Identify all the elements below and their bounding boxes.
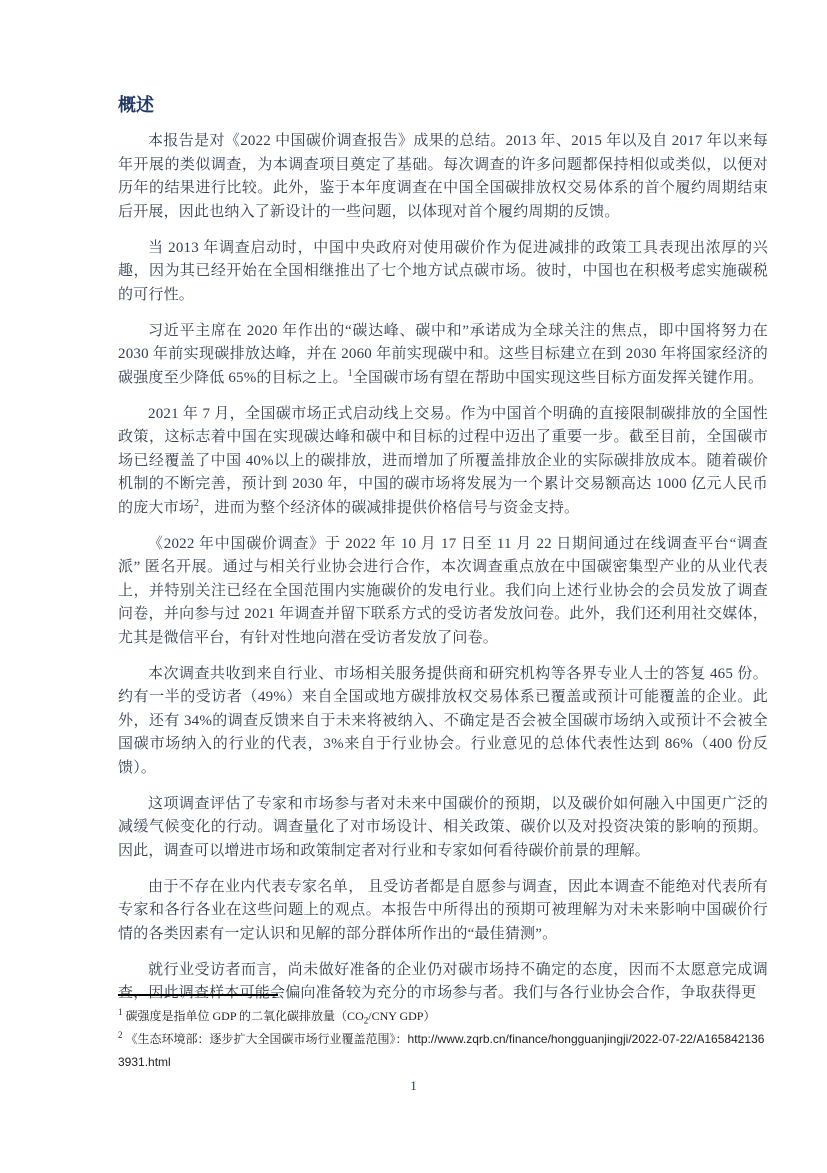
paragraph-3: 习近平主席在 2020 年作出的“碳达峰、碳中和”承诺成为全球关注的焦点，即中国… xyxy=(118,320,768,391)
paragraph-text: ，进而为整个经济体的碳减排提供价格信号与资金支持。 xyxy=(199,500,579,516)
paragraph-text: 本报告是对《2022 中国碳价调查报告》成果的总结。2013 年、2015 年以… xyxy=(118,133,768,220)
footnote-separator xyxy=(118,994,278,996)
paragraph-text: 《2022 年中国碳价调查》于 2022 年 10 月 17 日至 11 月 2… xyxy=(118,536,768,646)
paragraph-8: 由于不存在业内代表专家名单， 且受访者都是自愿参与调查，因此本调查不能绝对代表所… xyxy=(118,876,768,947)
footnote-text: 碳强度是指单位 GDP 的二氧化碳排放量（CO xyxy=(126,1009,364,1023)
paragraph-1: 本报告是对《2022 中国碳价调查报告》成果的总结。2013 年、2015 年以… xyxy=(118,130,768,224)
paragraph-7: 这项调查评估了专家和市场参与者对未来中国碳价的预期，以及碳价如何融入中国更广泛的… xyxy=(118,793,768,864)
paragraph-text: 由于不存在业内代表专家名单， 且受访者都是自愿参与调查，因此本调查不能绝对代表所… xyxy=(118,879,768,942)
footnote-1: 1碳强度是指单位 GDP 的二氧化碳排放量（CO2/CNY GDP） xyxy=(118,1005,768,1028)
footnote-section: 1碳强度是指单位 GDP 的二氧化碳排放量（CO2/CNY GDP） 2《生态环… xyxy=(118,994,768,1074)
section-heading: 概述 xyxy=(118,94,768,116)
paragraph-6: 本次调查共收到来自行业、市场相关服务提供商和研究机构等各界专业人士的答复 465… xyxy=(118,663,768,781)
footnote-2: 2《生态环境部：逐步扩大全国碳市场行业覆盖范围》：http://www.zqrb… xyxy=(118,1028,768,1074)
page-number: 1 xyxy=(0,1078,827,1094)
paragraph-2: 当 2013 年调查启动时，中国中央政府对使用碳价作为促进减排的政策工具表现出浓… xyxy=(118,237,768,308)
paragraph-5: 《2022 年中国碳价调查》于 2022 年 10 月 17 日至 11 月 2… xyxy=(118,533,768,651)
footnote-marker: 1 xyxy=(118,1007,123,1017)
document-page: 概述 本报告是对《2022 中国碳价调查报告》成果的总结。2013 年、2015… xyxy=(0,0,827,1173)
paragraph-4: 2021 年 7 月，全国碳市场正式启动线上交易。作为中国首个明确的直接限制碳排… xyxy=(118,403,768,521)
paragraph-text: 全国碳市场有望在帮助中国实现这些目标方面发挥关键作用。 xyxy=(353,370,763,386)
footnote-marker: 2 xyxy=(118,1030,123,1040)
paragraph-text: 本次调查共收到来自行业、市场相关服务提供商和研究机构等各界专业人士的答复 465… xyxy=(118,666,768,776)
footnote-text: 《生态环境部：逐步扩大全国碳市场行业覆盖范围》： xyxy=(126,1032,408,1046)
footnote-text: /CNY GDP） xyxy=(368,1009,435,1023)
paragraph-text: 当 2013 年调查启动时，中国中央政府对使用碳价作为促进减排的政策工具表现出浓… xyxy=(118,240,768,303)
document-body: 概述 本报告是对《2022 中国碳价调查报告》成果的总结。2013 年、2015… xyxy=(118,94,768,1018)
paragraph-text: 这项调查评估了专家和市场参与者对未来中国碳价的预期，以及碳价如何融入中国更广泛的… xyxy=(118,796,768,859)
